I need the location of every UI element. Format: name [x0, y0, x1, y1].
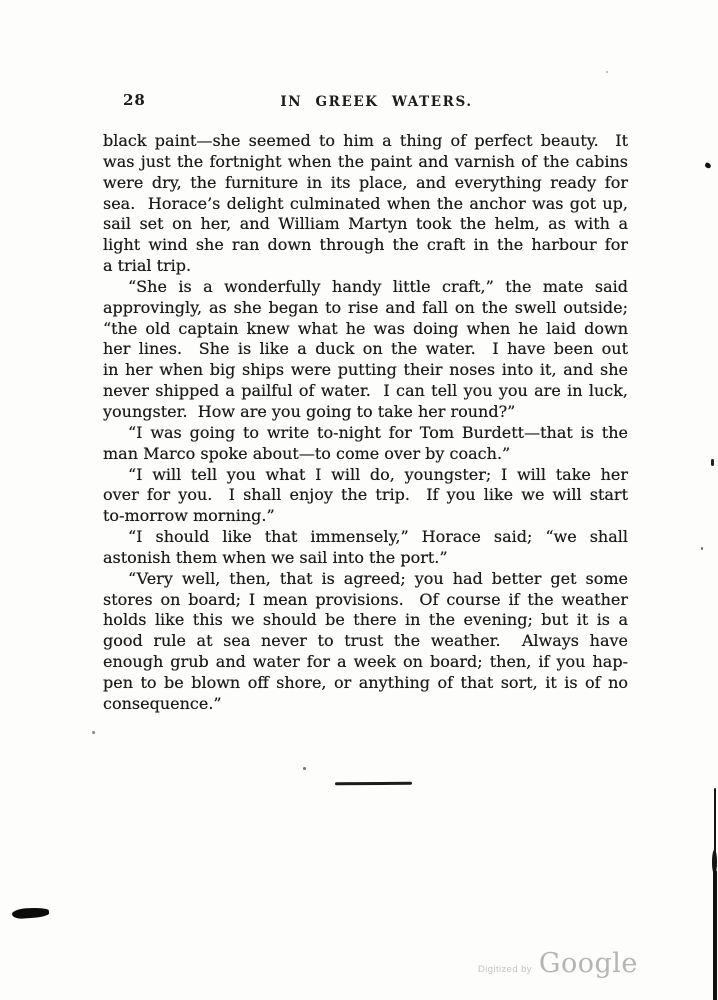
google-watermark: Digitized by Google	[478, 948, 638, 979]
text-line: “the old captain knew what he was doing …	[103, 319, 628, 340]
text-line: was just the fortnight when the paint an…	[103, 152, 628, 173]
text-line: enough grub and water for a week on boar…	[103, 652, 628, 673]
ink-speck	[704, 162, 712, 169]
text-line: to-morrow morning.”	[103, 506, 628, 527]
paragraph: “I should like that immensely,” Horace s…	[103, 527, 628, 569]
text-line: good rule at sea never to trust the weat…	[103, 631, 628, 652]
text-line: light wind she ran down through the craf…	[103, 235, 628, 256]
text-line: black paint—she seemed to him a thing of…	[103, 131, 628, 152]
text-line: consequence.”	[103, 694, 628, 715]
text-line: over for you. I shall enjoy the trip. If…	[103, 485, 628, 506]
paragraph: “I will tell you what I will do, youngst…	[103, 465, 628, 528]
scan-edge-artifact	[713, 870, 717, 1000]
page-text: black paint—she seemed to him a thing of…	[103, 131, 628, 715]
paragraph: “She is a wonderfully handy little craft…	[103, 277, 628, 423]
section-divider	[335, 782, 412, 785]
text-line: “I should like that immensely,” Horace s…	[103, 527, 628, 548]
text-line: pen to be blown off shore, or anything o…	[103, 673, 628, 694]
text-line: approvingly, as she began to rise and fa…	[103, 298, 628, 319]
digitized-by-label: Digitized by	[478, 964, 532, 975]
text-line: holds like this we should be there in th…	[103, 610, 628, 631]
text-line: sea. Horace’s delight culminated when th…	[103, 194, 628, 215]
text-line: “She is a wonderfully handy little craft…	[103, 277, 628, 298]
ink-speck	[701, 547, 703, 550]
text-line: were dry, the furniture in its place, an…	[103, 173, 628, 194]
paragraph: “Very well, then, that is agreed; you ha…	[103, 569, 628, 715]
text-line: man Marco spoke about—to come over by co…	[103, 444, 628, 465]
ink-smudge	[12, 907, 50, 920]
ink-speck	[711, 459, 714, 466]
paragraph: “I was going to write to-night for Tom B…	[103, 423, 628, 465]
text-line: sail set on her, and William Martyn took…	[103, 214, 628, 235]
text-line: youngster. How are you going to take her…	[103, 402, 628, 423]
ink-speck	[606, 71, 608, 73]
text-line: “I will tell you what I will do, youngst…	[103, 465, 628, 486]
text-line: her lines. She is like a duck on the wat…	[103, 339, 628, 360]
google-logo: Google	[539, 948, 638, 979]
text-line: in her when big ships were putting their…	[103, 360, 628, 381]
text-line: “I was going to write to-night for Tom B…	[103, 423, 628, 444]
text-line: never shipped a pailful of water. I can …	[103, 381, 628, 402]
ink-speck	[303, 767, 306, 770]
paragraph: black paint—she seemed to him a thing of…	[103, 131, 628, 277]
text-line: “Very well, then, that is agreed; you ha…	[103, 569, 628, 590]
text-line: stores on board; I mean provisions. Of c…	[103, 590, 628, 611]
text-line: a trial trip.	[103, 256, 628, 277]
ink-speck	[92, 731, 96, 734]
text-line: astonish them when we sail into the port…	[103, 548, 628, 569]
running-header: IN GREEK WATERS.	[103, 94, 628, 110]
scanned-book-page: 28 IN GREEK WATERS. black paint—she seem…	[0, 0, 718, 1000]
